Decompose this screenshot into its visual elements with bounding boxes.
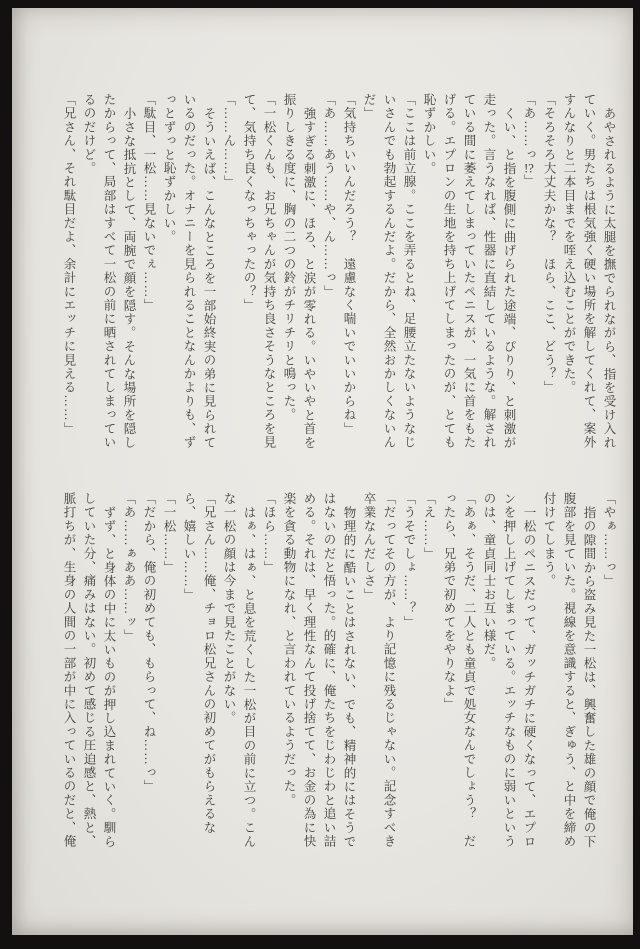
paragraph: 「あぁ、そうだ、二人とも童貞で処女なんでしょう？ だったら、兄弟で初めてをやりな… <box>439 492 479 850</box>
paragraph: 「駄目、一松……見ないでぇ……」 <box>139 93 159 451</box>
paragraph: そういえば、こんなところを一部始終実の弟に見られているのだった。オナニーを見られ… <box>159 93 219 451</box>
paragraph: 「一松……」 <box>159 492 179 850</box>
paragraph: 「ほら……」 <box>259 492 279 850</box>
paragraph: 「……ん……」 <box>219 93 239 451</box>
text-block-top: あやされるように太腿を撫でられながら、指を受け入れていく。男たちは根気強く硬い場… <box>59 93 619 451</box>
paragraph: 「だってその方が、より記憶に残るじゃない。記念すべき卒業なんだしさ」 <box>359 492 399 850</box>
paragraph: はぁ、はぁ、と息を荒くした一松が目の前に立つ。こんな一松の顔は今まで見たことがな… <box>219 492 259 850</box>
paragraph: 強すぎる刺激に、ほろ、と涙が零れる。いやいやと首を振りしきる度に、胸の二つの鈴が… <box>279 93 319 451</box>
text-block-bottom: 「やぁ……っ」指の隙間から盗み見た一松は、興奮した雄の顔で俺の下腹部を見ていた。… <box>59 492 619 850</box>
paragraph: 「あ……っ!?」 <box>519 93 539 451</box>
scan-border: あやされるように太腿を撫でられながら、指を受け入れていく。男たちは根気強く硬い場… <box>0 0 640 949</box>
paragraph: 「あ……ぁああ……ッ」 <box>119 492 139 850</box>
paragraph: 「気持ちいいんだろう？ 遠慮なく喘いでいいからね」 <box>339 93 359 451</box>
paragraph: 「うそでしょ……？」 <box>399 492 419 850</box>
paragraph: 「だから、俺の初めても、もらって、ね……っ」 <box>139 492 159 850</box>
paragraph: 「あ……あう……や、ん……っ」 <box>319 93 339 451</box>
paragraph: 小さな抵抗として、両腕で顔を隠す。そんな場所を隠したからって、局部はすべて一松の… <box>79 93 139 451</box>
paragraph: くい、と指を腹側に曲げられた途端、ぴりり、と刺激が走った。言うなれば、性器に直結… <box>419 93 519 451</box>
paragraph: 「兄さん、それ駄目だよ、余計にエッチに見える……」 <box>59 93 79 451</box>
paragraph: あやされるように太腿を撫でられながら、指を受け入れていく。男たちは根気強く硬い場… <box>559 93 619 451</box>
paragraph: 「ここは前立腺。ここを弄るとね、足腰立たないようなじいさんでも勃起するんだよ。だ… <box>359 93 419 451</box>
exclamation-question: !? <box>522 162 536 175</box>
paragraph: 「そろそろ大丈夫かな？ ほら、ここ、どう？」 <box>539 93 559 451</box>
paragraph: ずず、と身体の中に太いものが押し込まれていく。馴らしていた分、痛みはない。初めて… <box>59 492 119 850</box>
page: あやされるように太腿を撫でられながら、指を受け入れていく。男たちは根気強く硬い場… <box>12 8 633 935</box>
paragraph: 「兄さん……俺、チョロ松兄さんの初めてがもらえるなら、嬉しい……」 <box>179 492 219 850</box>
paragraph: 「一松くんも、お兄ちゃんが気持ち良さそうなところを見て、気持ち良くなっちゃったの… <box>239 93 279 451</box>
paragraph: 指の隙間から盗み見た一松は、興奮した雄の顔で俺の下腹部を見ていた。視線を意識する… <box>539 492 599 850</box>
paragraph: 物理的に酷いことはされない、でも、精神的にはそうではないのだと悟った。的確に、俺… <box>279 492 359 850</box>
paragraph: 「やぁ……っ」 <box>599 492 619 850</box>
paragraph: 一松のペニスだって、ガッチガチに硬くなって、エプロンを押し上げてしまっている。エ… <box>479 492 539 850</box>
paragraph: 「え……」 <box>419 492 439 850</box>
